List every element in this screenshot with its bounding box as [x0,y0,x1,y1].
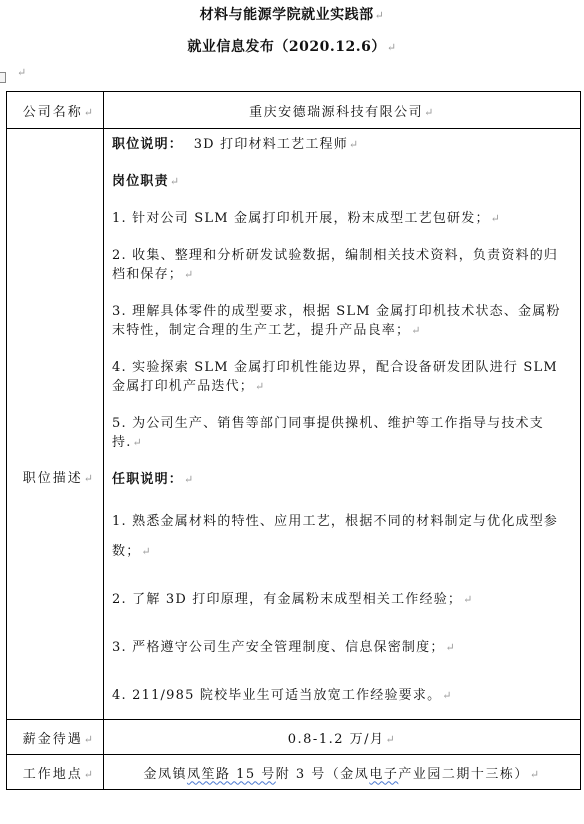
duty-text: 3. 理解具体零件的成型要求，根据 SLM 金属打印机技术状态、金属粉末特性，制… [112,304,561,338]
location-label-cell: 工作地点↵ [7,755,104,790]
paragraph-mark-icon: ↵ [386,733,397,746]
paragraph-mark-icon: ↵ [255,380,265,393]
requirement-item: 2. 了解 3D 打印原理，有金属粉末成型相关工作经验；↵ [112,585,570,615]
paragraph-mark-icon: ↵ [411,324,421,337]
paragraph-mark-icon: ↵ [170,175,180,188]
position-label: 职位说明： [112,137,183,152]
duty-item: 3. 理解具体零件的成型要求，根据 SLM 金属打印机技术状态、金属粉末特性，制… [112,302,570,340]
position-line: 职位说明： 3D 打印材料工艺工程师↵ [112,135,570,154]
company-label-cell: 公司名称↵ [7,92,104,129]
paragraph-mark-icon: ↵ [349,138,359,151]
requirement-item: 3. 严格遵守公司生产安全管理制度、信息保密制度；↵ [112,633,570,663]
duty-text: 4. 实验探索 SLM 金属打印机性能边界，配合设备研发团队进行 SLM 金属打… [112,360,558,394]
paragraph-mark-icon: ↵ [133,436,143,449]
position-value: 3D 打印材料工艺工程师 [194,137,348,152]
paragraph-mark-icon: ↵ [84,106,95,119]
description-label-cell: 职位描述↵ [7,129,104,720]
requirements-heading-text: 任职说明： [112,472,183,487]
duty-item: 1. 针对公司 SLM 金属打印机开展，粉末成型工艺包研发；↵ [112,209,570,228]
subtitle-text: 就业信息发布（2020.12.6） [187,39,385,55]
table-move-handle-icon[interactable] [0,72,6,83]
salary-value: 0.8-1.2 万/月 [288,732,385,747]
table-row-description: 职位描述↵ 职位说明： 3D 打印材料工艺工程师↵ 岗位职责↵ 1. 针对公司 … [7,129,581,720]
paragraph-mark-icon: ↵ [141,545,151,558]
paragraph-mark-icon: ↵ [530,768,541,781]
paragraph-mark-icon: ↵ [17,66,26,79]
description-content-cell: 职位说明： 3D 打印材料工艺工程师↵ 岗位职责↵ 1. 针对公司 SLM 金属… [104,129,581,720]
location-text: 附 3 号（金凤 [276,767,370,782]
table-row-company: 公司名称↵ 重庆安德瑞源科技有限公司↵ [7,92,581,129]
title-text: 材料与能源学院就业实践部 [200,7,374,23]
paragraph-mark-icon: ↵ [375,9,385,22]
location-label: 工作地点 [23,767,83,782]
document-subtitle: 就业信息发布（2020.12.6）↵ [0,36,584,56]
company-value-cell: 重庆安德瑞源科技有限公司↵ [104,92,581,129]
requirement-text: 4. 211/985 院校毕业生可适当放宽工作经验要求。 [112,688,441,703]
paragraph-mark-icon: ↵ [387,41,397,54]
company-label: 公司名称 [23,105,83,120]
duty-item: 2. 收集、整理和分析研发试验数据，编制相关技术资料，负责资料的归档和保存；↵ [112,246,570,284]
duties-heading-text: 岗位职责 [112,174,169,189]
duties-heading: 岗位职责↵ [112,172,570,191]
requirements-heading: 任职说明：↵ [112,470,570,489]
job-info-table: 公司名称↵ 重庆安德瑞源科技有限公司↵ 职位描述↵ 职位说明： 3D 打印材料工… [6,91,581,790]
paragraph-mark-icon: ↵ [442,689,452,702]
document-title: 材料与能源学院就业实践部↵ [0,4,584,24]
salary-label-cell: 薪金待遇↵ [7,720,104,755]
paragraph-mark-icon: ↵ [491,212,501,225]
salary-value-cell: 0.8-1.2 万/月↵ [104,720,581,755]
spellcheck-underlined-text[interactable]: 电子 [369,767,398,782]
salary-label: 薪金待遇 [23,732,83,747]
description-label: 职位描述 [23,471,83,486]
duty-item: 5. 为公司生产、销售等部门同事提供操机、维护等工作指导与技术支持.↵ [112,414,570,452]
location-text: 金凤镇 [143,767,187,782]
requirement-item: 1. 熟悉金属材料的特性、应用工艺，根据不同的材料制定与优化成型参数；↵ [112,507,570,567]
duty-text: 1. 针对公司 SLM 金属打印机开展，粉末成型工艺包研发； [112,211,490,226]
table-row-location: 工作地点↵ 金凤镇凤笙路 15 号附 3 号（金凤电子产业园二期十三栋）↵ [7,755,581,790]
paragraph-mark-icon: ↵ [84,768,95,781]
paragraph-mark-icon: ↵ [463,593,473,606]
table-row-salary: 薪金待遇↵ 0.8-1.2 万/月↵ [7,720,581,755]
paragraph-mark-icon: ↵ [184,473,194,486]
duty-text: 2. 收集、整理和分析研发试验数据，编制相关技术资料，负责资料的归档和保存； [112,248,558,282]
requirement-text: 1. 熟悉金属材料的特性、应用工艺，根据不同的材料制定与优化成型参数； [112,514,558,559]
requirement-text: 3. 严格遵守公司生产安全管理制度、信息保密制度； [112,640,445,655]
location-text: 产业园二期十三栋） [398,767,529,782]
duty-item: 4. 实验探索 SLM 金属打印机性能边界，配合设备研发团队进行 SLM 金属打… [112,358,570,396]
requirement-item: 4. 211/985 院校毕业生可适当放宽工作经验要求。↵ [112,681,570,711]
paragraph-mark-icon: ↵ [184,268,194,281]
location-value-cell: 金凤镇凤笙路 15 号附 3 号（金凤电子产业园二期十三栋）↵ [104,755,581,790]
company-value: 重庆安德瑞源科技有限公司 [249,105,423,120]
paragraph-mark-icon: ↵ [424,106,435,119]
duty-text: 5. 为公司生产、销售等部门同事提供操机、维护等工作指导与技术支持. [112,416,544,450]
paragraph-mark-icon: ↵ [446,641,456,654]
spellcheck-underlined-text[interactable]: 凤笙路 15 号 [187,767,276,782]
paragraph-mark-icon: ↵ [84,733,95,746]
paragraph-mark-icon: ↵ [84,472,95,485]
requirement-text: 2. 了解 3D 打印原理，有金属粉末成型相关工作经验； [112,592,462,607]
